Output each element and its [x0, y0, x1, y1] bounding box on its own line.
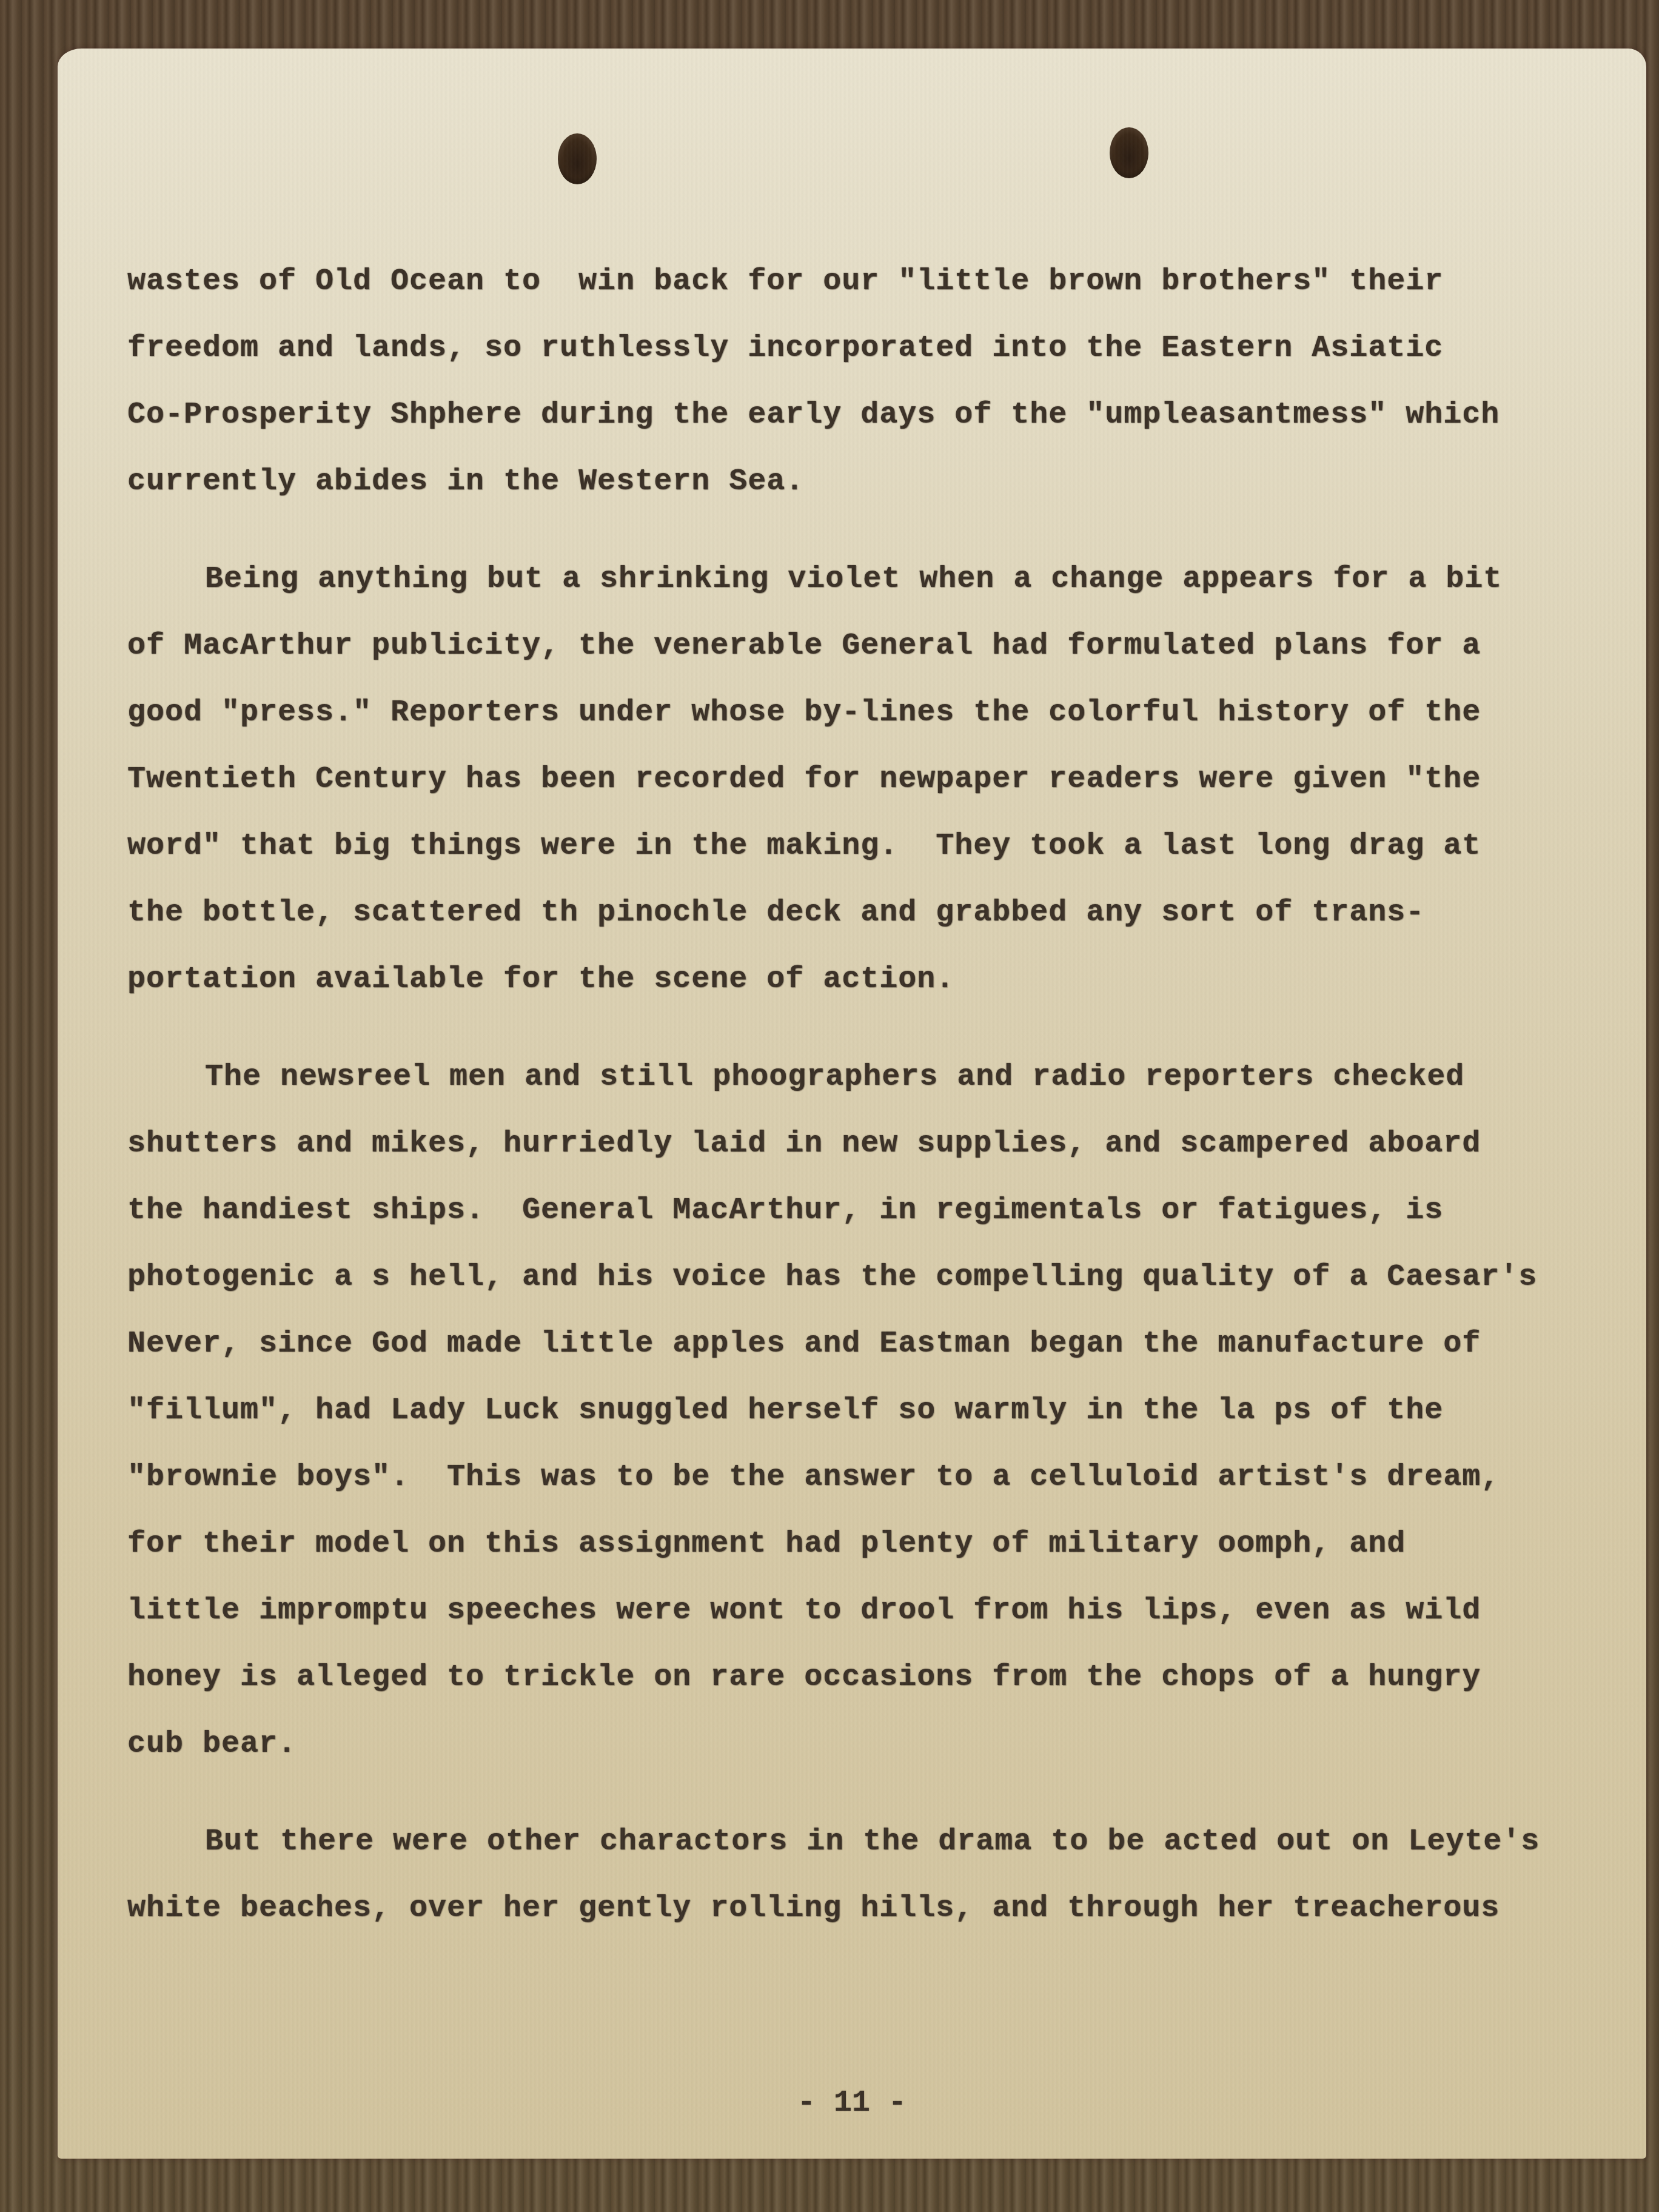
text-line: good "press." Reporters under whose by-l… [127, 680, 1659, 746]
paragraph-3: The newsreel men and still phoographers … [127, 1044, 1659, 1778]
paragraph-2: Being anything but a shrinking violet wh… [127, 546, 1659, 1013]
text-line: wastes of Old Ocean to win back for our … [127, 249, 1659, 315]
page-body-text: wastes of Old Ocean to win back for our … [127, 249, 1659, 1973]
text-line: the bottle, scattered th pinochle deck a… [127, 880, 1659, 947]
text-line: little impromptu speeches were wont to d… [127, 1578, 1659, 1644]
text-line: of MacArthur publicity, the venerable Ge… [127, 613, 1659, 680]
paragraph-1: wastes of Old Ocean to win back for our … [127, 249, 1659, 515]
text-line: "fillum", had Lady Luck snuggled herself… [127, 1378, 1659, 1444]
text-line: currently abides in the Western Sea. [127, 449, 1659, 515]
punch-hole-left [558, 133, 597, 184]
text-line: cub bear. [127, 1711, 1659, 1778]
text-line: honey is alleged to trickle on rare occa… [127, 1644, 1659, 1711]
typewritten-page: wastes of Old Ocean to win back for our … [58, 49, 1646, 2159]
text-line: Twentieth Century has been recorded for … [127, 746, 1659, 813]
text-line: Co-Prosperity Shphere during the early d… [127, 382, 1659, 449]
text-line: freedom and lands, so ruthlessly incorpo… [127, 315, 1659, 382]
text-line: Being anything but a shrinking violet wh… [127, 546, 1659, 613]
text-line: Never, since God made little apples and … [127, 1311, 1659, 1378]
text-line: white beaches, over her gently rolling h… [127, 1875, 1659, 1942]
text-line: for their model on this assignment had p… [127, 1511, 1659, 1578]
text-line: The newsreel men and still phoographers … [127, 1044, 1659, 1111]
text-line: But there were other charactors in the d… [127, 1809, 1659, 1875]
text-line: "brownie boys". This was to be the answe… [127, 1444, 1659, 1511]
text-line: photogenic a s hell, and his voice has t… [127, 1244, 1659, 1311]
text-line: word" that big things were in the making… [127, 813, 1659, 880]
page-number: - 11 - [58, 2086, 1646, 2120]
text-line: portation available for the scene of act… [127, 947, 1659, 1013]
punch-hole-right [1110, 127, 1148, 178]
text-line: the handiest ships. General MacArthur, i… [127, 1178, 1659, 1244]
text-line: shutters and mikes, hurriedly laid in ne… [127, 1111, 1659, 1178]
paragraph-4: But there were other charactors in the d… [127, 1809, 1659, 1942]
